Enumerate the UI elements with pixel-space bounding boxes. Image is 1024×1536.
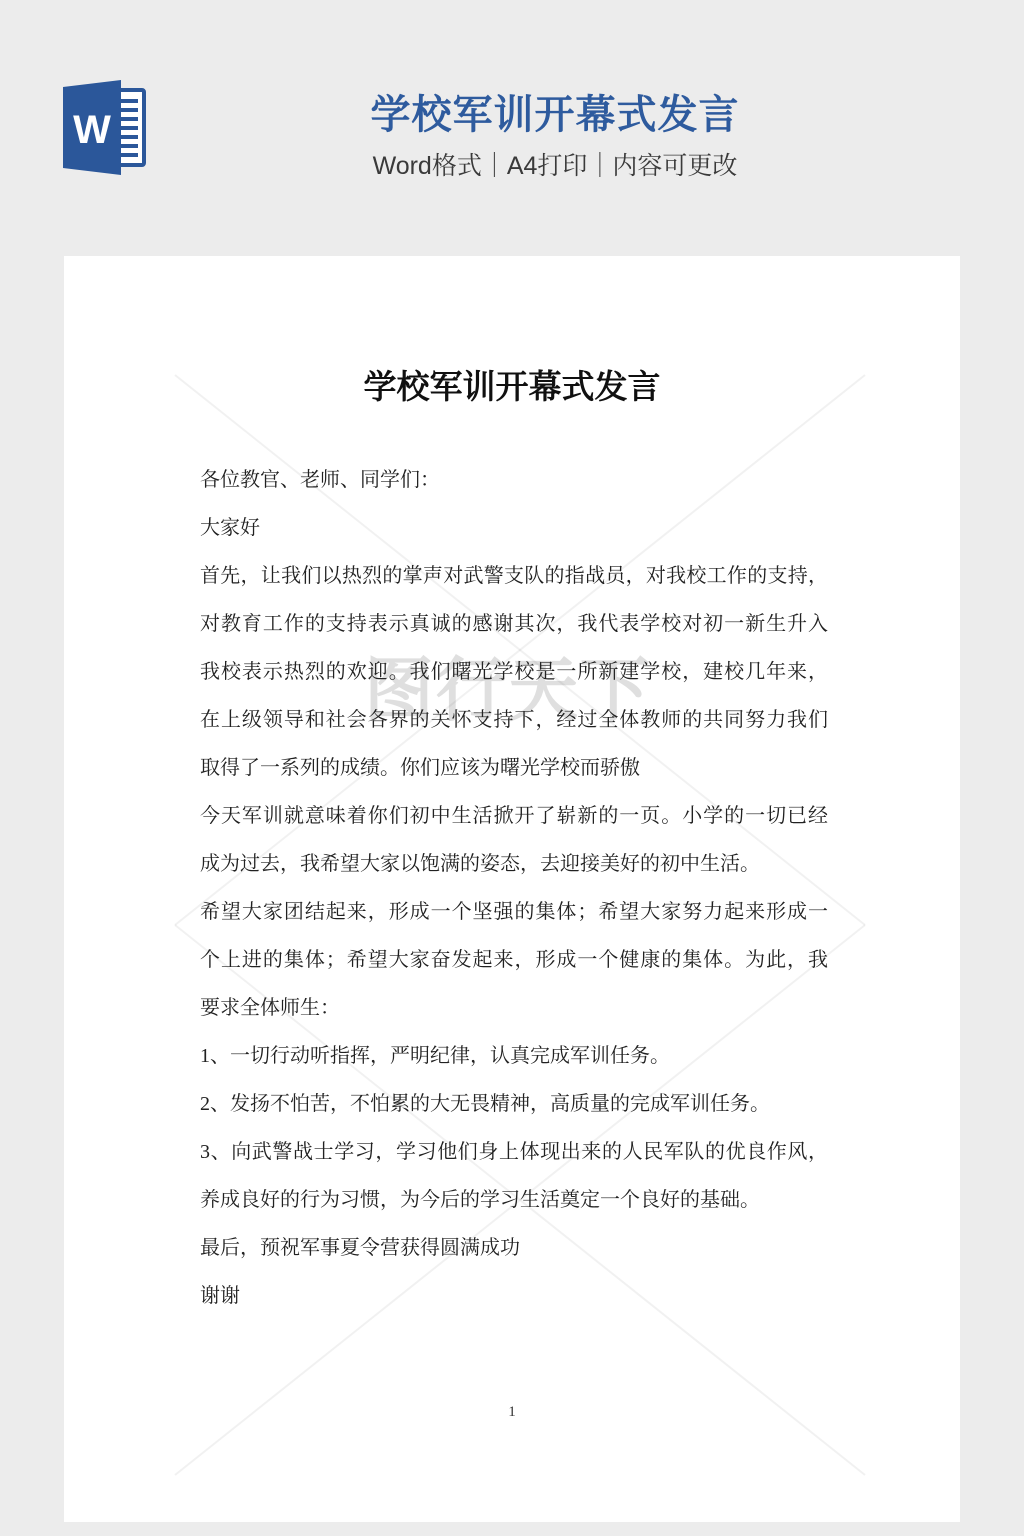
doc-line: 最后，预祝军事夏令营获得圆满成功 [200, 1224, 828, 1272]
word-icon-panel: W [63, 80, 121, 175]
document-page: 图行天下 学校军训开幕式发言 各位教官、老师、同学们：大家好首先，让我们以热烈的… [64, 256, 960, 1522]
doc-line: 在上级领导和社会各界的关怀支持下，经过全体教师的共同努力我们 [200, 696, 828, 744]
doc-line: 成为过去，我希望大家以饱满的姿态，去迎接美好的初中生活。 [200, 840, 828, 888]
doc-line: 取得了一系列的成绩。你们应该为曙光学校而骄傲 [200, 744, 828, 792]
word-icon: W [63, 80, 149, 175]
doc-line: 各位教官、老师、同学们： [200, 456, 828, 504]
doc-line: 个上进的集体；希望大家奋发起来，形成一个健康的集体。为此，我 [200, 936, 828, 984]
template-subtitle: Word格式｜A4打印｜内容可更改 [371, 151, 740, 181]
doc-line: 我校表示热烈的欢迎。我们曙光学校是一所新建学校，建校几年来， [200, 648, 828, 696]
document-title: 学校军训开幕式发言 [64, 256, 960, 410]
template-preview-canvas: { "colors": { "accent": "#2e5b9e", "icon… [0, 0, 1024, 1536]
doc-line: 首先，让我们以热烈的掌声对武警支队的指战员，对我校工作的支持， [200, 552, 828, 600]
doc-line: 养成良好的行为习惯，为今后的学习生活奠定一个良好的基础。 [200, 1176, 828, 1224]
doc-line: 3、向武警战士学习，学习他们身上体现出来的人民军队的优良作风， [200, 1128, 828, 1176]
doc-line: 今天军训就意味着你们初中生活掀开了崭新的一页。小学的一切已经 [200, 792, 828, 840]
doc-line: 对教育工作的支持表示真诚的感谢其次，我代表学校对初一新生升入 [200, 600, 828, 648]
doc-line: 1、一切行动听指挥，严明纪律，认真完成军训任务。 [200, 1032, 828, 1080]
template-title: 学校军训开幕式发言 [371, 92, 740, 138]
document-body: 各位教官、老师、同学们：大家好首先，让我们以热烈的掌声对武警支队的指战员，对我校… [64, 456, 960, 1320]
doc-line: 要求全体师生： [200, 984, 828, 1032]
doc-line: 大家好 [200, 504, 828, 552]
header-text-block: 学校军训开幕式发言 Word格式｜A4打印｜内容可更改 [371, 92, 740, 181]
doc-line: 谢谢 [200, 1272, 828, 1320]
page-number: 1 [64, 1404, 960, 1421]
doc-line: 2、发扬不怕苦，不怕累的大无畏精神，高质量的完成军训任务。 [200, 1080, 828, 1128]
template-header: W 学校军训开幕式发言 Word格式｜A4打印｜内容可更改 [0, 0, 1024, 230]
word-icon-letter: W [73, 108, 111, 152]
doc-line: 希望大家团结起来，形成一个坚强的集体；希望大家努力起来形成一 [200, 888, 828, 936]
